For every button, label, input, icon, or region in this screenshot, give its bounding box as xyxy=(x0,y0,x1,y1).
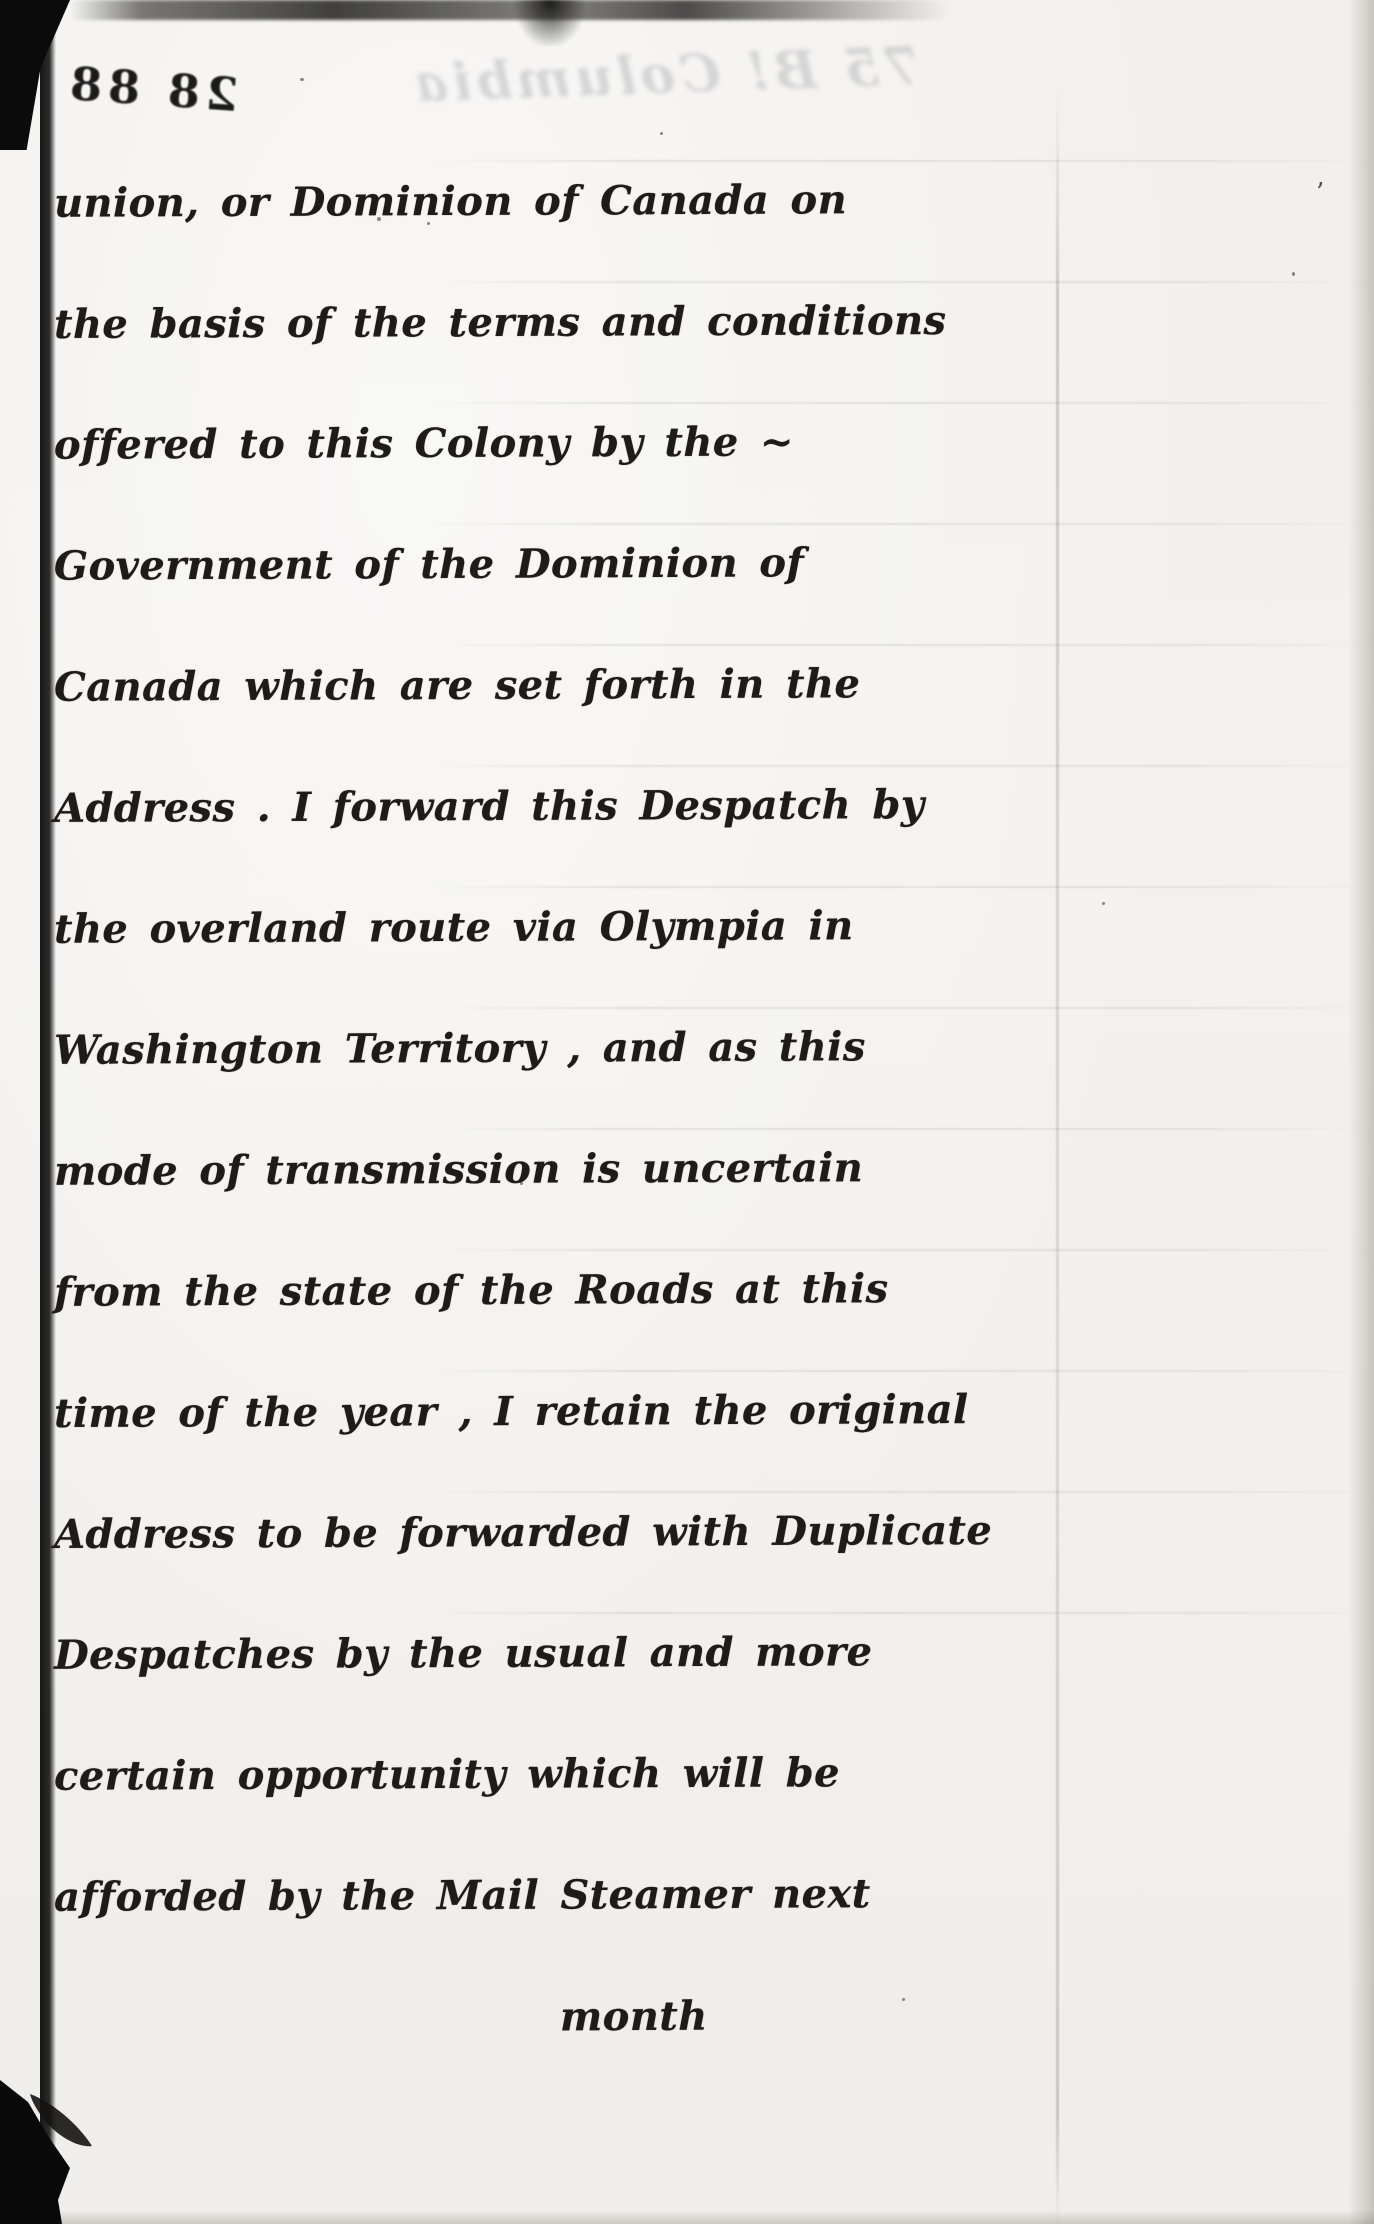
handwriting-line: afforded by the Mail Steamer next xyxy=(54,1870,871,1921)
handwriting-line: from the state of the Roads at this xyxy=(54,1265,889,1316)
ink-speck xyxy=(300,78,304,81)
handwriting-line: Government of the Dominion of xyxy=(54,539,804,589)
ink-speck xyxy=(427,222,430,225)
handwriting-line: the overland route via Olympia in xyxy=(54,902,854,952)
handwriting-line: union, or Dominion of Canada on xyxy=(54,176,847,226)
corner-shadow-shape xyxy=(0,2050,130,2224)
handwriting-line: Despatches by the usual and more xyxy=(54,1628,873,1679)
handwriting-line: Address to be forwarded with Duplicate xyxy=(54,1507,992,1558)
handwriting-line: offered to this Colony by the ~ xyxy=(54,418,794,468)
ink-speck xyxy=(1102,902,1105,905)
stray-pen-mark: ’ xyxy=(1316,178,1324,208)
letter-page: 28 88 75 B! Columbia union, or Dominion … xyxy=(0,0,1374,2224)
handwriting-closing-word: month xyxy=(560,1993,708,2041)
paper-right-edge xyxy=(1348,0,1374,2224)
ink-speck xyxy=(377,217,381,221)
handwriting-line: time of the year , I retain the original xyxy=(54,1386,969,1437)
scan-corner-bottom-left xyxy=(0,2050,130,2224)
handwriting-line: Address . I forward this Despatch by xyxy=(54,781,925,832)
handwriting-line: Washington Territory , and as this xyxy=(54,1023,866,1074)
handwriting-line: Canada which are set forth in the xyxy=(54,660,860,711)
ink-speck xyxy=(1292,272,1295,276)
handwriting-line: the basis of the terms and conditions xyxy=(54,297,947,348)
ink-speck xyxy=(660,132,663,135)
ink-speck xyxy=(520,1182,523,1185)
ink-speck xyxy=(902,1998,905,2001)
handwriting-line: mode of transmission is uncertain xyxy=(54,1144,863,1195)
handwriting-line: certain opportunity which will be xyxy=(54,1749,840,1799)
handwriting-body: union, or Dominion of Canada on the basi… xyxy=(54,0,1334,2224)
